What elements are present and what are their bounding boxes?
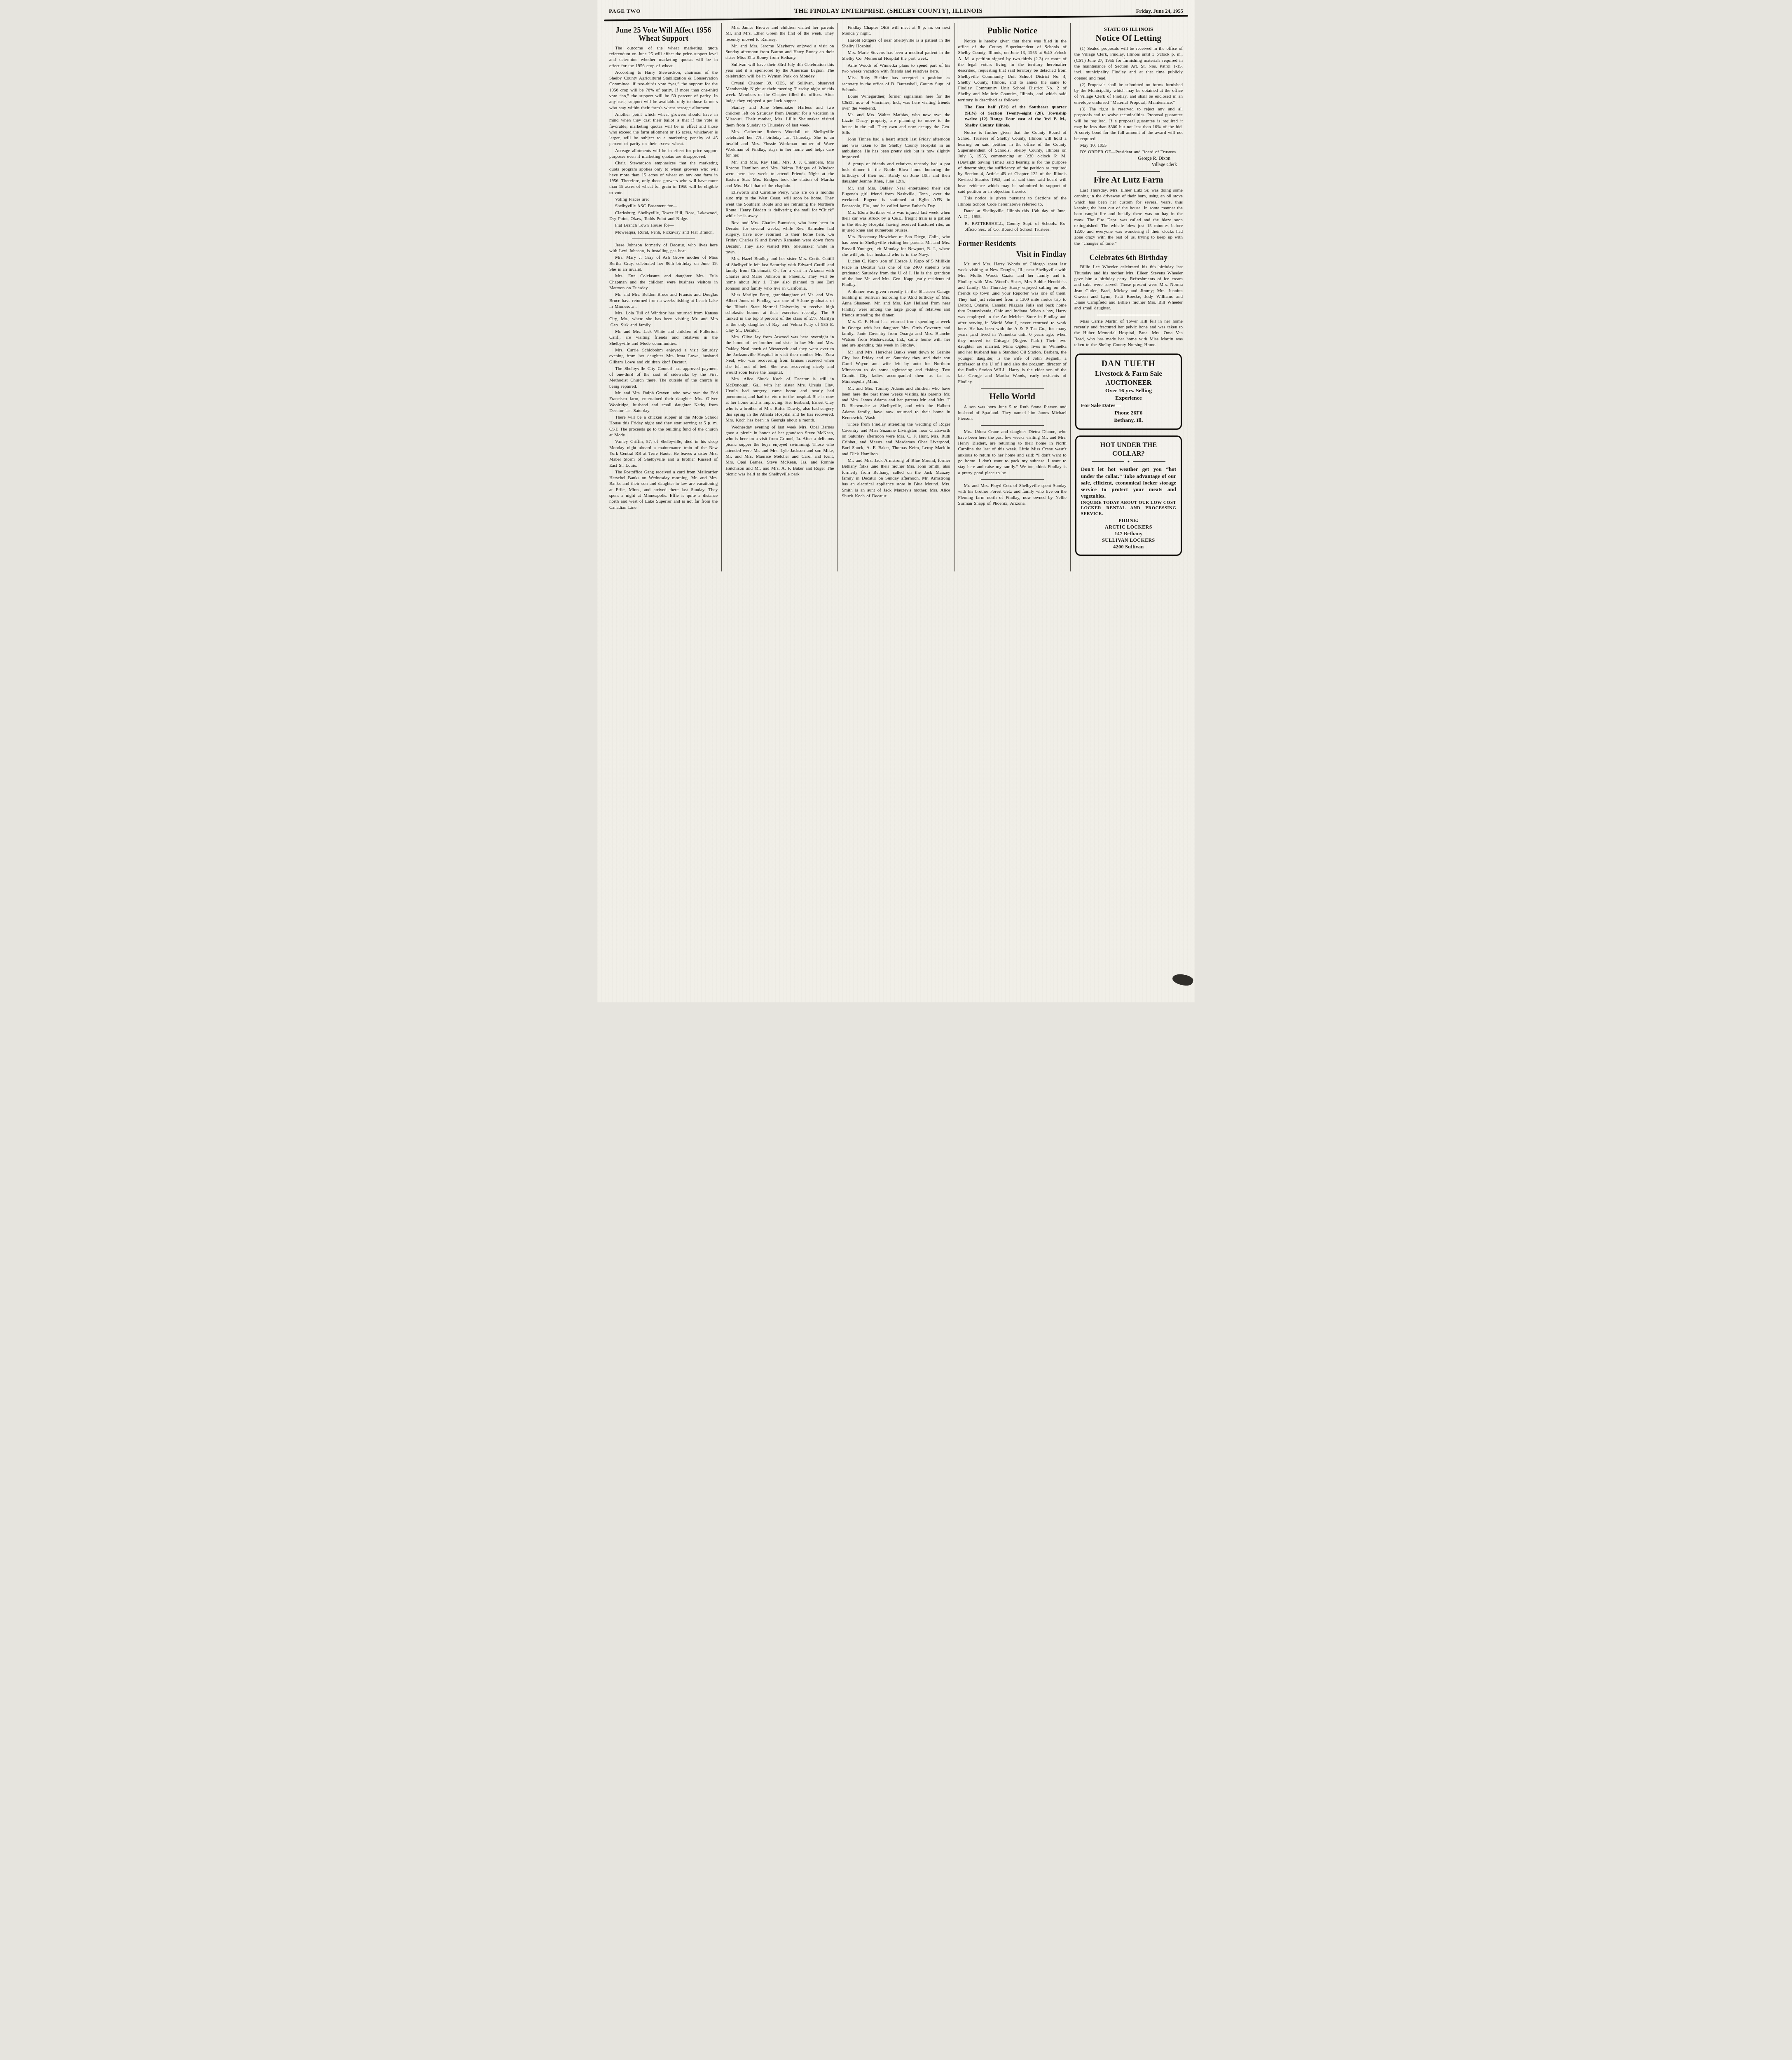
section-divider [981,236,1044,236]
ad-line: Livestock & Farm Sale [1081,370,1176,378]
article-paragraph: Mr .and Mrs. Herschel Banks went down to… [842,349,950,385]
article-paragraph: There will be a chicken supper at the Mo… [609,414,718,438]
ad-line: SULLIVAN LOCKERS [1081,537,1176,543]
article-paragraph: Mrs. Mary J. Gray of Ash Grove mother of… [609,255,718,272]
news-column-4: Public NoticeNotice is hereby given that… [954,23,1070,571]
article-paragraph: Lucien C. Kapp ,son of Horace J. Kapp of… [842,258,950,288]
article-headline: Celebrates 6th Birthday [1074,253,1183,262]
article-paragraph: Mrs. Udora Crane and daughter Dietra Dia… [958,429,1067,476]
article-headline: Notice Of Letting [1074,33,1183,43]
ad-line: ARCTIC LOCKERS [1081,524,1176,530]
section-divider [981,479,1044,480]
article-paragraph: Rev. and Mrs. Charles Ramsden, who have … [725,220,834,255]
article-paragraph: Louie Winegardner, former signalman here… [842,94,950,111]
section-divider [981,388,1044,389]
article-headline: Former Residents [958,239,1067,248]
section-divider [1097,315,1160,315]
article-paragraph: Mrs. Hazel Bradley and her sister Mrs. G… [725,256,834,291]
article-headline: June 25 Vote Will Affect 1956 Wheat Supp… [609,26,718,43]
newspaper-masthead: THE FINDLAY ENTERPRISE. (SHELBY COUNTY),… [641,7,1136,15]
article-paragraph: Dated at Shelbyville, Illinois this 13th… [958,208,1067,220]
article-paragraph: Wednesday evening of last week Mrs. Opal… [725,424,834,478]
newspaper-page: PAGE TWO THE FINDLAY ENTERPRISE. (SHELBY… [597,0,1195,1002]
issue-date: Friday, June 24, 1955 [1136,8,1183,14]
article-paragraph: B. BATTERSHELL, County Supt. of Schools.… [965,221,1067,233]
article-paragraph: Ellsworth and Caroline Perry, who are on… [725,190,834,219]
news-column-1: June 25 Vote Will Affect 1956 Wheat Supp… [606,23,721,571]
article-paragraph: Those from Findlay attending the wedding… [842,421,950,457]
article-paragraph: Findlay Chapter OES will meet at 8 p. m.… [842,25,950,37]
section-divider [1097,171,1160,172]
ad-line: AUCTIONEER [1081,379,1176,387]
article-paragraph: A son was born June 5 to Ruth Stone Pier… [958,404,1067,422]
article-paragraph: Mr. and Mrs. Beldon Bruce and Francis an… [609,292,718,309]
article-paragraph: The Shelbyville City Council has approve… [609,366,718,389]
ad-dan-tueth: DAN TUETHLivestock & Farm SaleAUCTIONEER… [1075,353,1182,430]
article-paragraph: Mr. and Mrs. Ray Hall, Mrs. J. J. Chambe… [725,159,834,189]
article-paragraph: This notice is given pursuant to Section… [958,195,1067,207]
article-paragraph: Miss Carrie Martin of Tower Hill fell in… [1074,318,1183,348]
article-paragraph: Jesse Johnson formerly of Decatur, who l… [609,242,718,254]
article-paragraph: Moweaqua, Rural, Penh, Pickaway and Flat… [609,229,718,235]
signature-line: George R. Dixon [1074,156,1183,162]
article-paragraph: The outcome of the wheat marketing quota… [609,45,718,69]
signature-line: Village Clerk [1074,162,1183,168]
article-paragraph: Mrs. C. F. Hunt has returned from spendi… [842,319,950,348]
article-paragraph: Mrs. Alice Shuck Koch of Decatur is stil… [725,376,834,423]
article-paragraph: Mrs. James Brewer and children visited h… [725,25,834,42]
article-paragraph: Notice is further given that the County … [958,130,1067,194]
article-paragraph: The Postoffice Gang received a card from… [609,469,718,510]
article-paragraph: Voting Places are: [609,197,718,202]
article-paragraph: May 10, 1955 [1074,143,1183,148]
legal-description: The East half (E½) of the Southeast quar… [965,104,1067,128]
ad-line: 4200 Sullivan [1081,544,1176,550]
ad-line: Over 16 yrs. Selling [1081,387,1176,394]
article-paragraph: Mr. and Mrs. Ralph Graven, who now own t… [609,390,718,414]
ad-line: Experience [1081,395,1176,402]
ad-line: COLLAR? [1081,449,1176,458]
article-headline: Public Notice [958,26,1067,36]
columns: June 25 Vote Will Affect 1956 Wheat Supp… [606,23,1186,571]
article-headline: Hello World [958,392,1067,402]
article-paragraph: Mr. and Mrs. Floyd Getz of Shelbyville s… [958,483,1067,506]
section-divider [1097,250,1160,250]
article-paragraph: Miss Ruby Biehler has accepted a positio… [842,75,950,93]
article-paragraph: Mrs. Elora Scribner who was injured last… [842,210,950,233]
article-paragraph: Billie Lee Wheeler celebrated his 6th bi… [1074,264,1183,311]
ad-line: Bethany, Ill. [1081,417,1176,424]
article-paragraph: Harold Rittgers of near Shelbyville is a… [842,37,950,49]
news-column-2: Mrs. James Brewer and children visited h… [721,23,838,571]
article-paragraph: Stanley and June Sheumaker Harless and t… [725,105,834,128]
ad-line: DAN TUETH [1081,359,1176,369]
article-paragraph: Mr. and Mrs. Jack Armstrong of Blue Moun… [842,458,950,499]
article-paragraph: According to Harry Stewardson, chairman … [609,70,718,111]
article-paragraph: Shelbyville ASC Basement for— [609,203,718,209]
news-column-5: STATE OF ILLINOISNotice Of Letting(1) Se… [1070,23,1186,571]
article-paragraph: (1) Sealed proposals will be received in… [1074,46,1183,81]
article-paragraph: Another point which wheat growers should… [609,112,718,147]
article-paragraph: Mr. and Mrs. Harry Woods of Chicago spen… [958,261,1067,385]
article-paragraph: (3) The right is reserved to reject any … [1074,106,1183,142]
article-paragraph: A dinner was given recently in the Shast… [842,289,950,318]
ad-line: For Sale Dates— [1081,402,1176,409]
article-paragraph: Clarksburg, Shelbyville, Tower Hill, Ros… [609,210,718,222]
ad-line: Don't let hot weather get you “hot under… [1081,466,1176,499]
article-paragraph: Mr. and Mrs. Tommy Adams and children wh… [842,386,950,421]
article-paragraph: Crystal Chapter 39, OES, of Sullivan, ob… [725,80,834,104]
article-paragraph: Mr. and Mrs. Oakley Neal entertained the… [842,185,950,209]
section-divider [632,239,695,239]
article-paragraph: Mrs. Lola Tull of Windsor has returned f… [609,310,718,328]
ad-line: PHONE: [1081,517,1176,524]
article-paragraph: Mr. and Mrs. Jerome Mayberry enjoyed a v… [725,43,834,61]
news-column-3: Findlay Chapter OES will meet at 8 p. m.… [838,23,954,571]
article-paragraph: A group of friends and relatives recentl… [842,161,950,185]
article-paragraph: Notice is hereby given that there was fi… [958,38,1067,103]
article-paragraph: Mrs. Rosemary Hewicker of San Diego, Cal… [842,234,950,257]
article-paragraph: BY ORDER OF—President and Board of Trust… [1074,149,1183,155]
article-paragraph: Mrs. Etta Colclasure and daughter Mrs. E… [609,273,718,291]
ad-line: ● [1092,459,1165,464]
article-paragraph: Arlie Woods of Winnetka plans to spend p… [842,63,950,75]
ad-line: HOT UNDER THE [1081,441,1176,449]
article-paragraph: John Tinnea had a heart attack last Frid… [842,136,950,160]
masthead-row: PAGE TWO THE FINDLAY ENTERPRISE. (SHELBY… [606,7,1186,16]
article-paragraph: Mr. and Mrs. Walter Mathias, who now own… [842,112,950,136]
ink-blot-artifact [1171,972,1194,988]
article-headline: Visit in Findlay [958,250,1067,258]
article-headline: Fire At Lutz Farm [1074,175,1183,185]
ad-line: Phone 26F6 [1081,410,1176,417]
article-paragraph: Chair. Stewardson emphasizes that the ma… [609,160,718,196]
article-paragraph: (2) Proposals shall be submitted on form… [1074,82,1183,105]
article-paragraph: Mrs. Olive Jay from Atwood was here over… [725,334,834,375]
article-paragraph: Miss Marilyn Petty, granddaughter of Mr.… [725,292,834,333]
page-number-label: PAGE TWO [609,8,641,14]
article-kicker: STATE OF ILLINOIS [1074,26,1183,32]
article-paragraph: Mr. and Mrs. Jack White and children of … [609,329,718,346]
article-paragraph: Mrs. Marie Stevens has been a medical pa… [842,50,950,62]
article-paragraph: Sullivan will have their 33rd July 4th C… [725,62,834,80]
section-divider [981,425,1044,426]
article-paragraph: Flat Branch Town House for— [609,222,718,228]
ad-line: 147 Bethany [1081,531,1176,537]
article-paragraph: Last Thursday, Mrs. Elmer Lutz Sr, was d… [1074,187,1183,246]
article-paragraph: Mrs. Carrie Schlobohm enjoyed a visit Sa… [609,347,718,365]
ad-line: INQUIRE TODAY ABOUT OUR LOW COST LOCKER … [1081,500,1176,517]
ad-arctic-lockers: HOT UNDER THECOLLAR?●Don't let hot weath… [1075,435,1182,556]
article-paragraph: Varney Griffin, 57, of Shelbyville, died… [609,439,718,468]
article-paragraph: Acreage allotments will be in effect for… [609,148,718,160]
article-paragraph: Mrs. Catherine Roberts Woodall of Shelby… [725,129,834,158]
